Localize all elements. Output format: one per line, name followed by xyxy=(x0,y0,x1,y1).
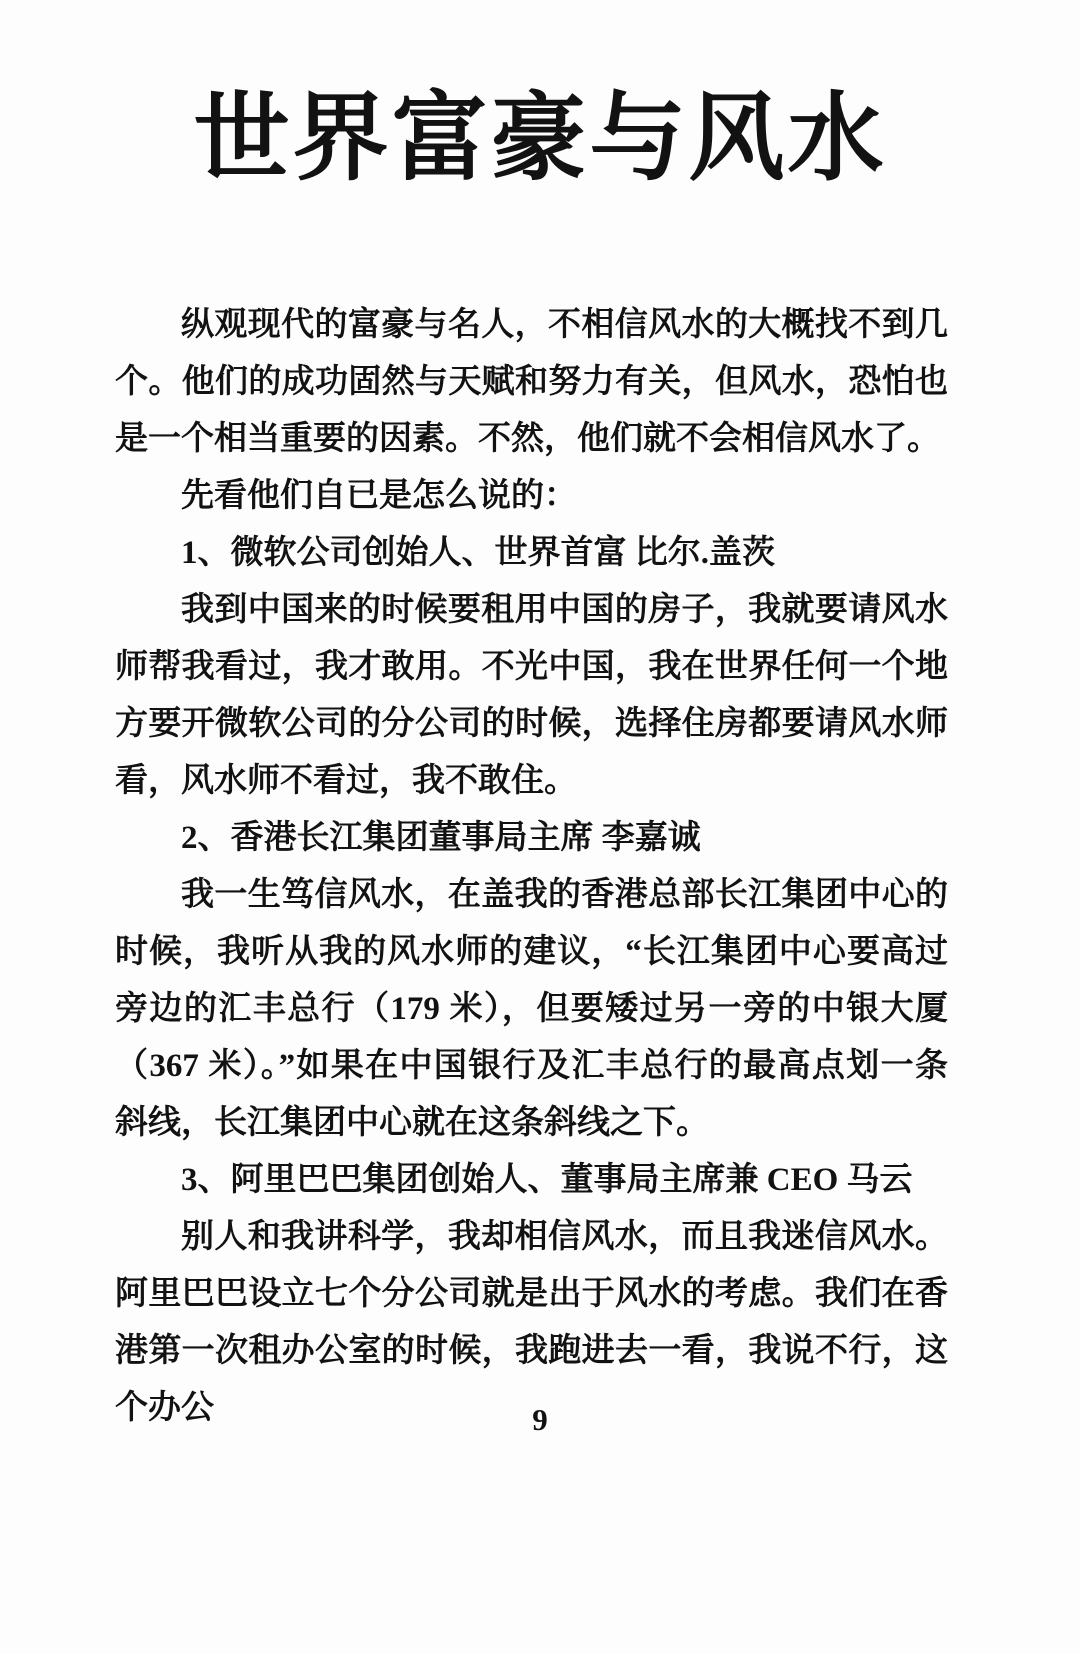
paragraph-lead-in: 先看他们自已是怎么说的： xyxy=(115,468,948,525)
paragraph-li-ka-shing-quote: 我一生笃信风水，在盖我的香港总部长江集团中心的时候，我听从我的风水师的建议，“长… xyxy=(115,867,948,1152)
page-title: 世界富豪与风水 xyxy=(0,72,1080,206)
paragraph-intro: 纵观现代的富豪与名人，不相信风水的大概找不到几个。他们的成功固然与天赋和努力有关… xyxy=(115,297,948,468)
body-text: 纵观现代的富豪与名人，不相信风水的大概找不到几个。他们的成功固然与天赋和努力有关… xyxy=(115,297,948,1437)
heading-li-ka-shing: 2、香港长江集团董事局主席 李嘉诚 xyxy=(115,810,948,867)
heading-jack-ma: 3、阿里巴巴集团创始人、董事局主席兼 CEO 马云 xyxy=(115,1152,948,1209)
scanned-book-page: 世界富豪与风水 纵观现代的富豪与名人，不相信风水的大概找不到几个。他们的成功固然… xyxy=(0,0,1080,1654)
heading-bill-gates: 1、微软公司创始人、世界首富 比尔.盖茨 xyxy=(115,525,948,582)
paragraph-bill-gates-quote: 我到中国来的时候要租用中国的房子，我就要请风水师帮我看过，我才敢用。不光中国，我… xyxy=(115,582,948,810)
page-number: 9 xyxy=(0,1402,1080,1438)
